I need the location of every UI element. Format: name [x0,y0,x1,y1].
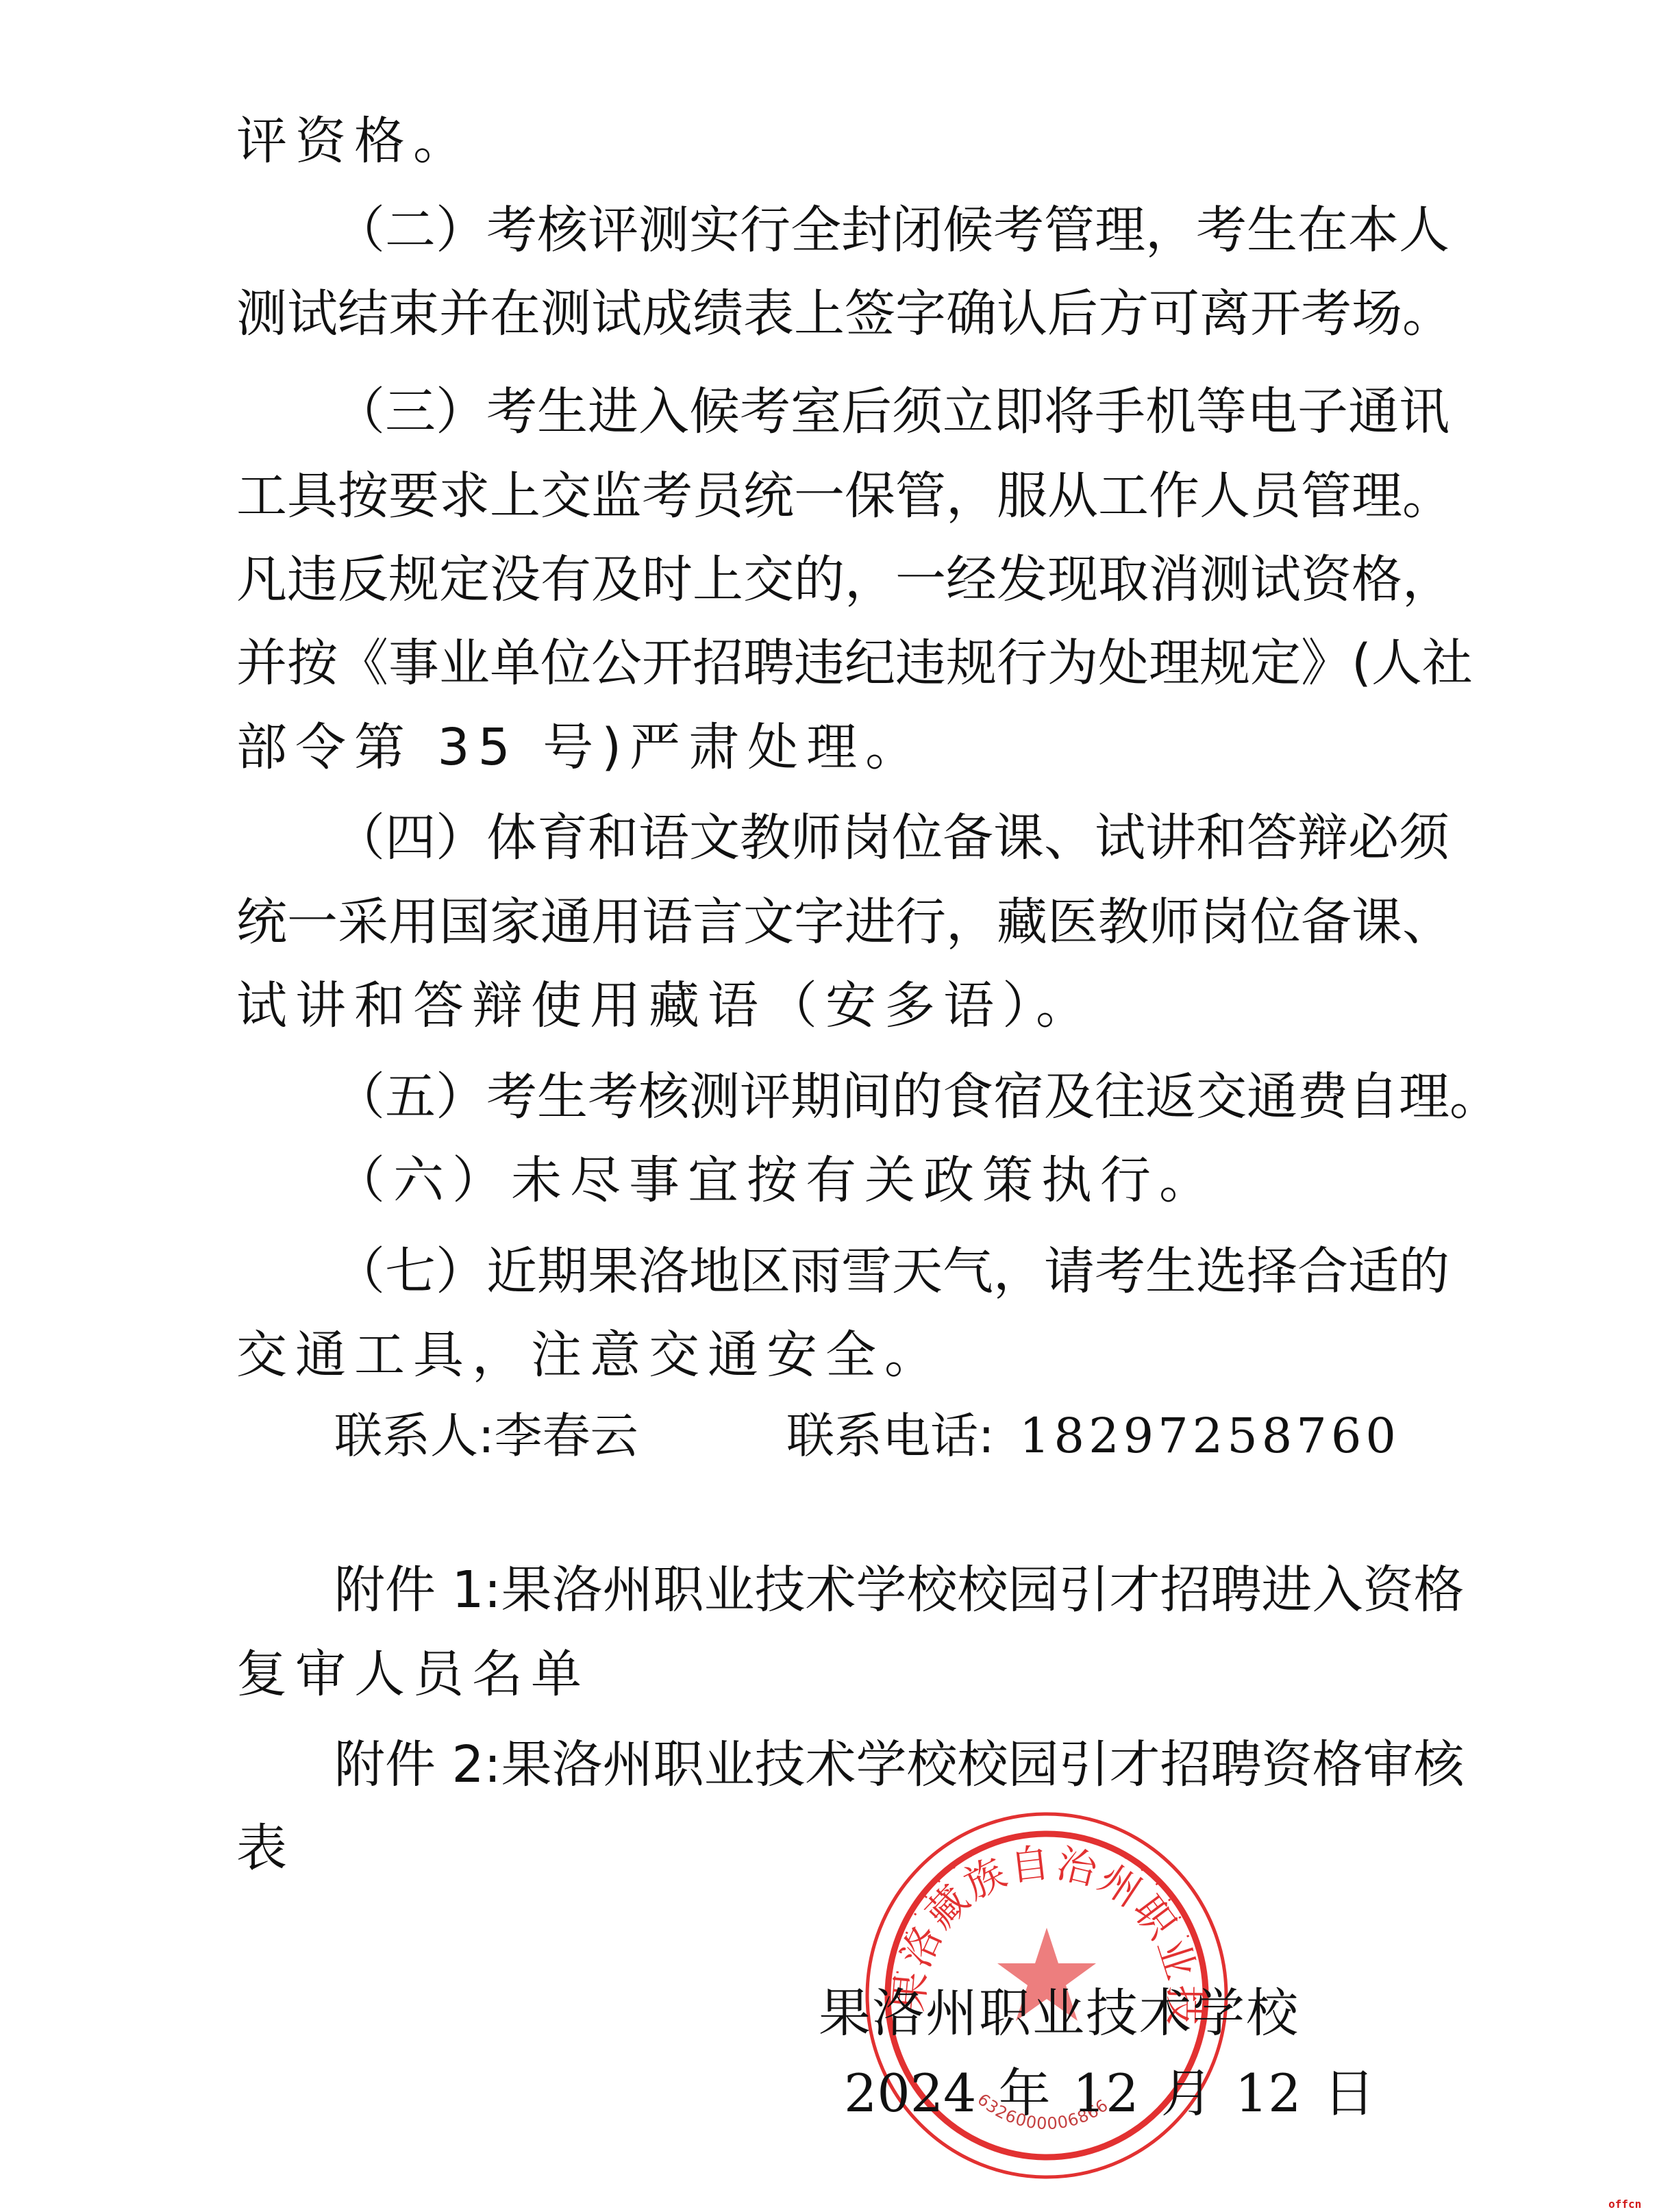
contact-phone-value: 18297258760 [1019,1404,1400,1467]
paragraph-line: 测试结束并在测试成绩表上签字确认后方可离开考场。 [236,282,1418,345]
paragraph-line: 试讲和答辩使用藏语（安多语）。 [236,974,1418,1037]
contact-person: 联系人:李春云 [334,1408,638,1464]
paragraph-line: 交通工具，注意交通安全。 [236,1324,1418,1387]
paragraph-line: （七）近期果洛地区雨雪天气，请考生选择合适的 [334,1240,1418,1303]
paragraph-line: 凡违反规定没有及时上交的，一经发现取消测试资格， [236,548,1418,611]
paragraph-line: 工具按要求上交监考员统一保管，服从工作人员管理。 [236,464,1418,527]
paragraph-line: 并按《事业单位公开招聘违纪违规行为处理规定》(人社 [236,632,1418,695]
watermark: offcn [1608,2198,1641,2211]
signature-date: 2024 年 12 月 12 日 [844,2062,1228,2125]
paragraph-line: 部令第 35 号)严肃处理。 [236,716,1418,779]
signature-organization: 果洛州职业技术学校 [819,1982,1236,2045]
contact-info: 联系人:李春云 联系电话: 18297258760 [334,1404,638,1467]
paragraph-line: 统一采用国家通用语言文字进行，藏医教师岗位备课、 [236,891,1418,954]
paragraph-line: （三）考生进入候考室后须立即将手机等电子通讯 [334,380,1418,443]
attachment-line: 附件 2:果洛州职业技术学校校园引才招聘资格审核 [334,1733,1418,1796]
paragraph-line: （六）未尽事宜按有关政策执行。 [334,1149,1418,1212]
paragraph-line: （二）考核评测实行全封闭候考管理，考生在本人 [334,199,1418,262]
attachment-line: 表 [236,1817,1418,1880]
paragraph-line: 评资格。 [236,110,1418,173]
attachment-line: 附件 1:果洛州职业技术学校校园引才招聘进入资格 [334,1558,1418,1621]
attachment-line: 复审人员名单 [236,1643,1418,1706]
paragraph-line: （四）体育和语文教师岗位备课、试讲和答辩必须 [334,806,1418,869]
paragraph-line: （五）考生考核测评期间的食宿及往返交通费自理。 [334,1065,1418,1128]
contact-phone-label: 联系电话: [786,1404,995,1467]
document-page: 评资格。（二）考核评测实行全封闭候考管理，考生在本人测试结束并在测试成绩表上签字… [0,0,1655,2212]
